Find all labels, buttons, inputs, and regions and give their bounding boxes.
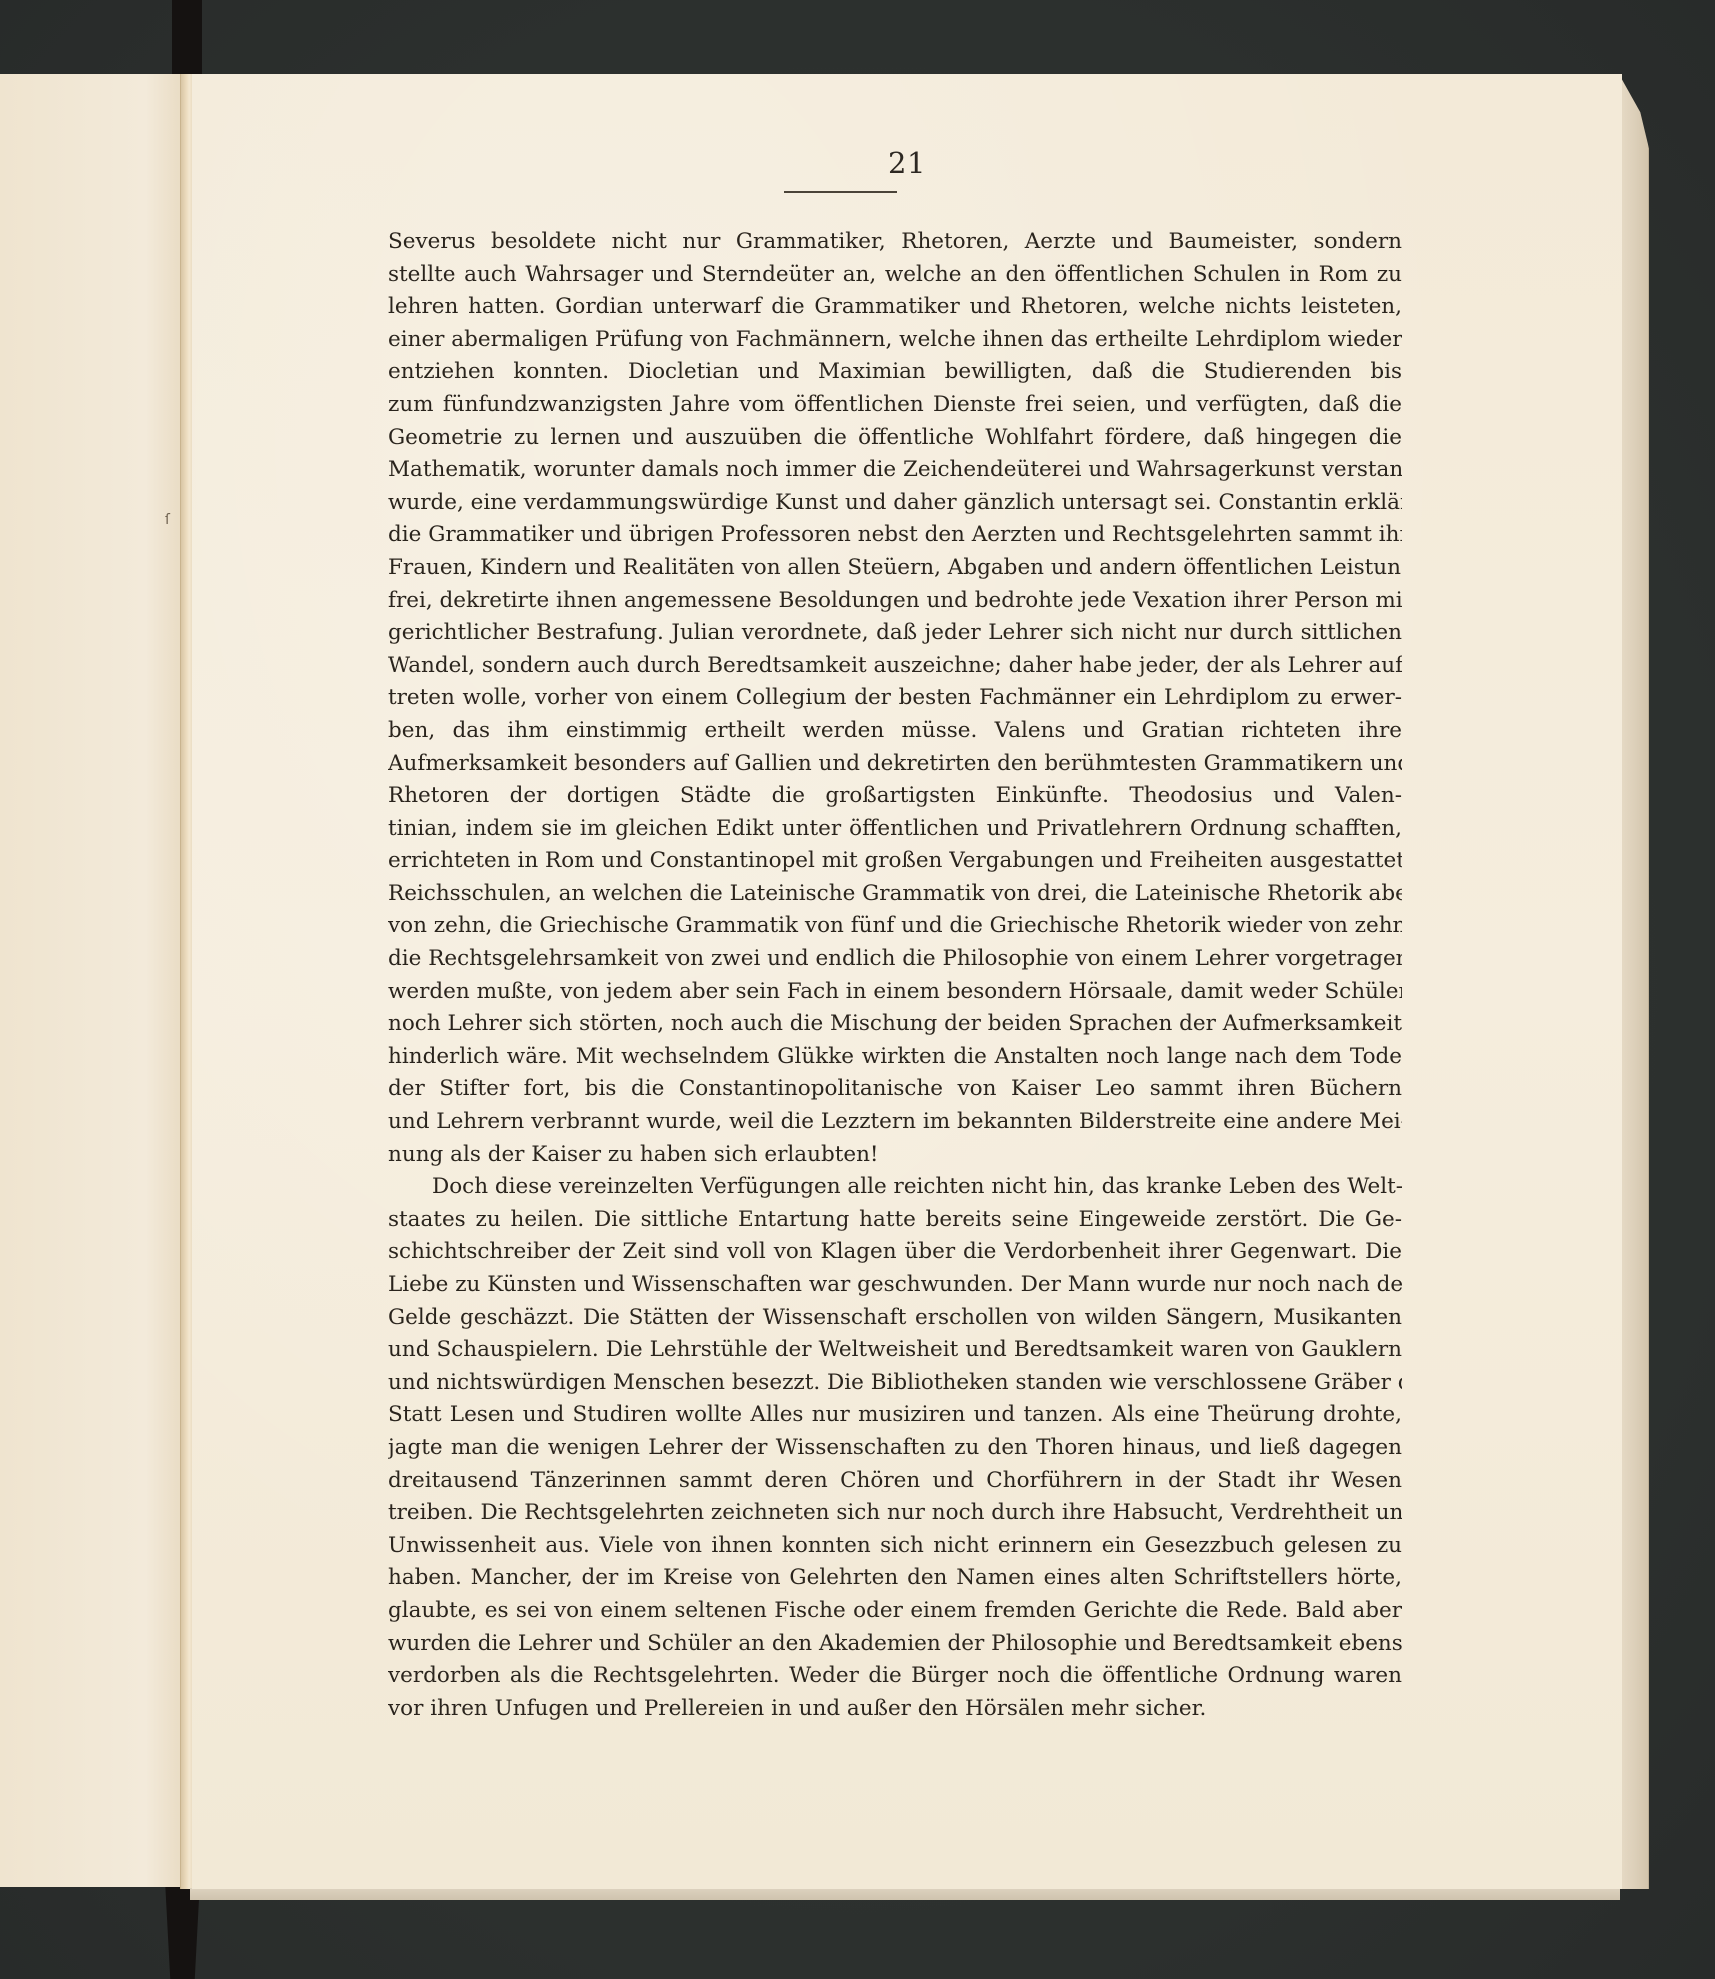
text-line: ben, das ihm einstimmig ertheilt werden … bbox=[388, 715, 1402, 748]
page-number-rule bbox=[784, 191, 897, 193]
text-line: einer abermaligen Prüfung von Fachmänner… bbox=[388, 324, 1402, 357]
text-line: tinian, indem sie im gleichen Edikt unte… bbox=[388, 813, 1402, 846]
text-line: glaubte, es sei von einem seltenen Fisch… bbox=[388, 1595, 1402, 1628]
left-page-edge bbox=[0, 74, 182, 1887]
text-line: Wandel, sondern auch durch Beredtsamkeit… bbox=[388, 650, 1402, 683]
text-line: Severus besoldete nicht nur Grammatiker,… bbox=[388, 226, 1402, 259]
book-page: 21 Severus besoldete nicht nur Grammatik… bbox=[192, 74, 1622, 1889]
text-line: noch Lehrer sich störten, noch auch die … bbox=[388, 1008, 1402, 1041]
text-line: schichtschreiber der Zeit sind voll von … bbox=[388, 1236, 1402, 1269]
text-line: treiben. Die Rechtsgelehrten zeichneten … bbox=[388, 1497, 1402, 1530]
text-line: treten wolle, vorher von einem Collegium… bbox=[388, 682, 1402, 715]
text-line: Frauen, Kindern und Realitäten von allen… bbox=[388, 552, 1402, 585]
text-line: frei, dekretirte ihnen angemessene Besol… bbox=[388, 585, 1402, 618]
text-line: Statt Lesen und Studiren wollte Alles nu… bbox=[388, 1399, 1402, 1432]
text-line: zum fünfundzwanzigsten Jahre vom öffentl… bbox=[388, 389, 1402, 422]
text-line: errichteten in Rom und Constantinopel mi… bbox=[388, 845, 1402, 878]
text-line: von zehn, die Griechische Grammatik von … bbox=[388, 910, 1402, 943]
text-line: stellte auch Wahrsager und Sterndeüter a… bbox=[388, 259, 1402, 292]
text-line: Doch diese vereinzelten Verfügungen alle… bbox=[388, 1171, 1402, 1204]
text-line: staates zu heilen. Die sittliche Entartu… bbox=[388, 1204, 1402, 1237]
book-spine-top bbox=[172, 0, 202, 76]
text-line: die Rechtsgelehrsamkeit von zwei und end… bbox=[388, 943, 1402, 976]
text-line: nung als der Kaiser zu haben sich erlaub… bbox=[388, 1139, 1402, 1172]
text-line: wurden die Lehrer und Schüler an den Aka… bbox=[388, 1628, 1402, 1661]
text-line: verdorben als die Rechtsgelehrten. Weder… bbox=[388, 1660, 1402, 1693]
text-line: vor ihren Unfugen und Prellereien in und… bbox=[388, 1693, 1402, 1726]
text-line: der Stifter fort, bis die Constantinopol… bbox=[388, 1073, 1402, 1106]
page-stack-edge bbox=[1620, 76, 1649, 1889]
text-line: jagte man die wenigen Lehrer der Wissens… bbox=[388, 1432, 1402, 1465]
text-line: wurde, eine verdammungswürdige Kunst und… bbox=[388, 487, 1402, 520]
text-line: und nichtswürdigen Menschen besezzt. Die… bbox=[388, 1367, 1402, 1400]
text-line: und Schauspielern. Die Lehrstühle der We… bbox=[388, 1334, 1402, 1367]
text-line: haben. Mancher, der im Kreise von Gelehr… bbox=[388, 1562, 1402, 1595]
text-line: lehren hatten. Gordian unterwarf die Gra… bbox=[388, 291, 1402, 324]
text-line: entziehen konnten. Diocletian und Maximi… bbox=[388, 356, 1402, 389]
text-line: werden mußte, von jedem aber sein Fach i… bbox=[388, 976, 1402, 1009]
text-line: die Grammatiker und übrigen Professoren … bbox=[388, 519, 1402, 552]
text-line: Unwissenheit aus. Viele von ihnen konnte… bbox=[388, 1530, 1402, 1563]
text-line: gerichtlicher Bestrafung. Julian verordn… bbox=[388, 617, 1402, 650]
text-line: hinderlich wäre. Mit wechselndem Glükke … bbox=[388, 1041, 1402, 1074]
page-bottom-edge bbox=[190, 1888, 1620, 1900]
text-line: Rhetoren der dortigen Städte die großart… bbox=[388, 780, 1402, 813]
text-line: dreitausend Tänzerinnen sammt deren Chör… bbox=[388, 1465, 1402, 1498]
body-text: Severus besoldete nicht nur Grammatiker,… bbox=[388, 226, 1402, 1725]
margin-mark-left: ſ bbox=[165, 512, 170, 528]
text-line: Liebe zu Künsten und Wissenschaften war … bbox=[388, 1269, 1402, 1302]
text-line: Mathematik, worunter damals noch immer d… bbox=[388, 454, 1402, 487]
text-line: Geometrie zu lernen und auszuüben die öf… bbox=[388, 422, 1402, 455]
page-number: 21 bbox=[192, 146, 1622, 180]
text-line: Gelde geschäzzt. Die Stätten der Wissens… bbox=[388, 1302, 1402, 1335]
text-line: Reichsschulen, an welchen die Lateinisch… bbox=[388, 878, 1402, 911]
text-line: und Lehrern verbrannt wurde, weil die Le… bbox=[388, 1106, 1402, 1139]
text-line: Aufmerksamkeit besonders auf Gallien und… bbox=[388, 748, 1402, 781]
